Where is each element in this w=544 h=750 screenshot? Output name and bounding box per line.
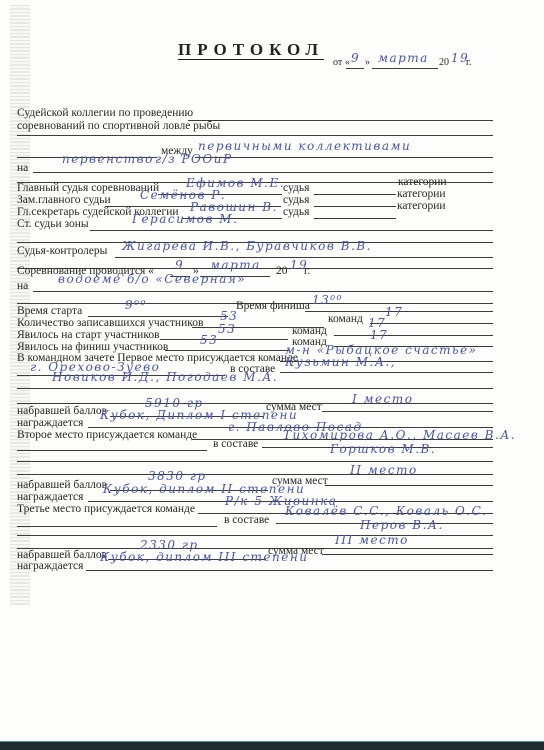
finish-label: Время финиша (236, 300, 310, 312)
page-title: ПРОТОКОЛ (178, 40, 324, 60)
registered-value: 53 (220, 309, 238, 323)
finished-teams: 17 (370, 328, 388, 342)
controllers-value: Жигарева И.В., Буравчиков В.В. (122, 239, 372, 253)
zone-judge-label: Ст. судьи зоны (17, 218, 89, 230)
first-members-1: Кузьмин М.А., (285, 355, 396, 369)
second-members-1: Тихомирова А.О., Масаев В.А. (283, 428, 516, 442)
second-place-label: Второе место присуждается команде (17, 429, 197, 441)
held-suffix: г. (304, 265, 310, 277)
intro-line2: соревнований по спортивной ловле рыбы (17, 120, 220, 132)
chief-judge-label: Главный судья соревнований (17, 182, 159, 194)
finished-value: 53 (200, 333, 218, 347)
date-prefix: от « (333, 57, 350, 68)
score-label: набравшей баллов (17, 479, 107, 491)
registered-label: Количество записавшихся участников (17, 317, 203, 329)
third-place-text: III место (335, 533, 409, 547)
category-word: категории (397, 200, 446, 212)
held-month: марта (210, 258, 261, 272)
second-place-text: II место (350, 463, 418, 477)
third-award: Кубок, диплом III степени (100, 550, 308, 564)
date-suffix: г. (466, 57, 471, 68)
on-value: первенство (62, 152, 154, 166)
category-word: категории (398, 176, 447, 188)
on-label: на (17, 162, 28, 174)
score-label: набравшей баллов (17, 405, 107, 417)
on-value-2: г/з РООиР (155, 152, 233, 166)
deputy-judge-label: Зам.главного судьи (17, 194, 111, 206)
scanned-protocol-page: ПРОТОКОЛ от « 9 » марта 20 19 г. Судейск… (0, 0, 544, 742)
judge-word: судья (283, 194, 309, 206)
date-mid: » (365, 57, 370, 68)
first-place-text: I место (352, 392, 413, 406)
scanner-edge-bar (0, 741, 544, 750)
held-day: 9 (175, 258, 184, 272)
venue-value: водоёме б/о «Северная» (58, 272, 246, 286)
zone-judge-value: Герасимов М. (132, 212, 238, 226)
first-members-2: Новиков И.Д., Погодаев М.А. (52, 370, 278, 384)
second-members-2: Горшков М.В. (330, 442, 436, 456)
category-word: категории (397, 188, 446, 200)
registered-teams: 17 (385, 305, 403, 319)
third-members-2: Перов В.А. (360, 518, 444, 532)
held-year-prefix: 20 (276, 265, 288, 277)
started-label: Явилось на старт участников (17, 329, 160, 341)
third-members-1: Ковалёв С.С., Коваль О.С. (285, 504, 488, 518)
third-place-label: Третье место присуждается команде (17, 503, 195, 515)
finish-value: 13⁰⁰ (312, 293, 343, 307)
intro-line1: Судейской коллегии по проведению (17, 107, 193, 119)
awarded-label: награждается (17, 560, 83, 572)
composition-label: в составе (213, 438, 258, 450)
second-score: 3830 гр (148, 469, 207, 483)
awarded-label: награждается (17, 417, 83, 429)
judge-word: судья (283, 182, 309, 194)
between-value: первичными коллективами (198, 139, 411, 153)
date-day: 9 (351, 51, 360, 65)
venue-label: на (17, 280, 28, 292)
started-value: 53 (218, 322, 236, 336)
judge-word: судья (283, 206, 309, 218)
teams-word: команд (328, 313, 363, 325)
start-label: Время старта (17, 305, 82, 317)
date-month: марта (378, 51, 429, 65)
composition-label: в составе (224, 514, 269, 526)
start-value: 9⁰⁰ (125, 298, 147, 312)
controllers-label: Судья-контролеры (17, 245, 107, 257)
awarded-label: награждается (17, 491, 83, 503)
date-year-prefix: 20 (439, 57, 449, 68)
